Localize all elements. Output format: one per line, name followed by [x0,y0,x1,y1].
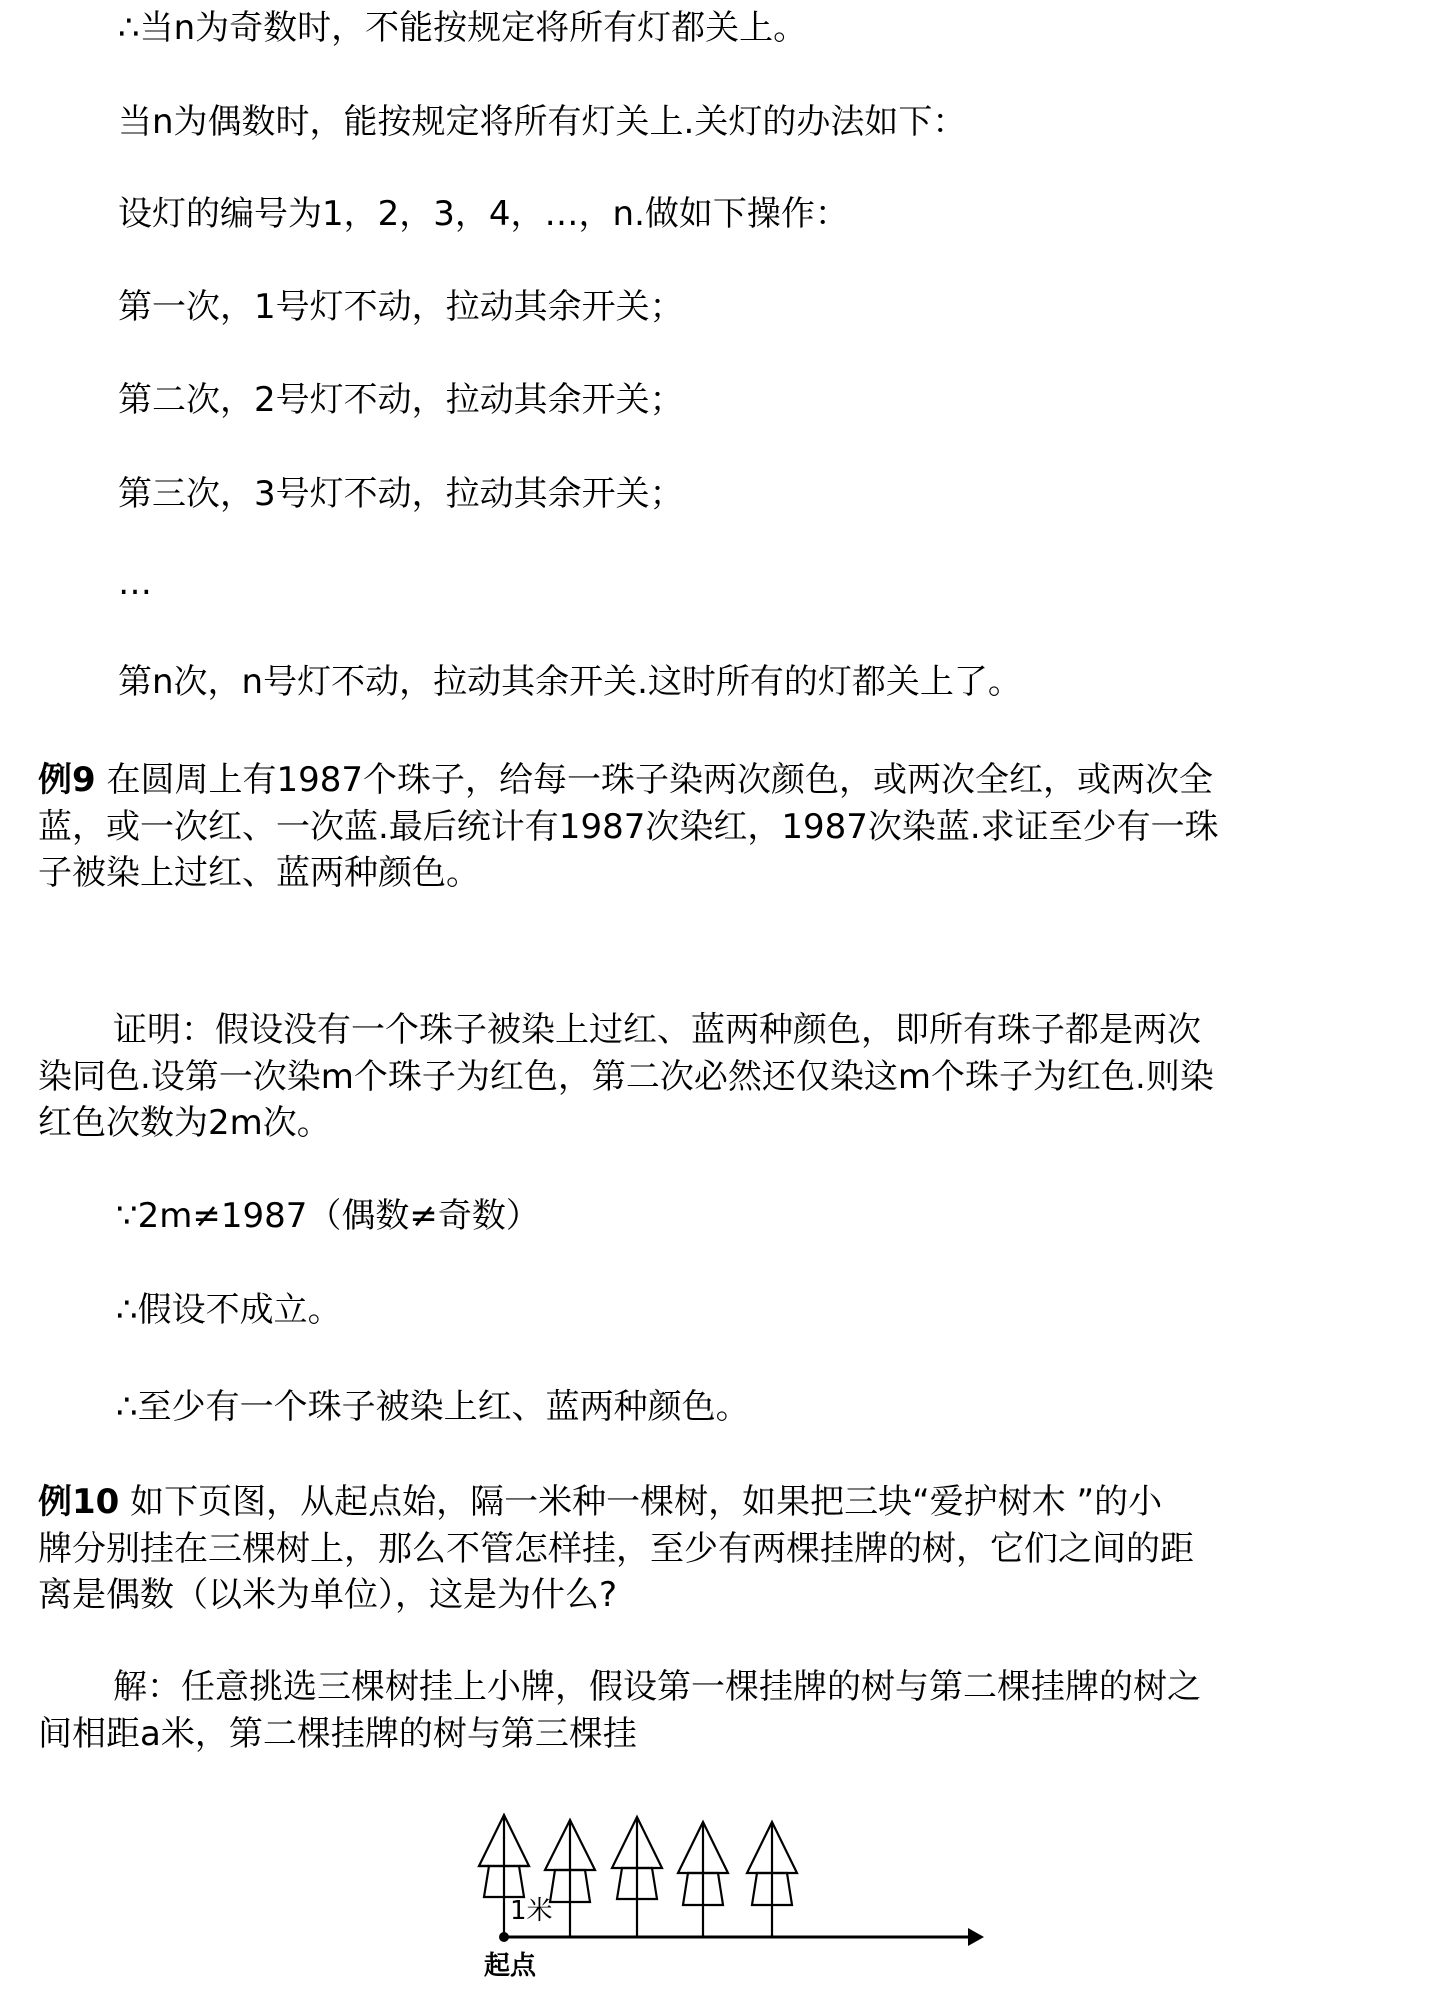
tree-icon [747,1822,797,1937]
tree-icon [612,1817,662,1937]
spacing-label: 1米 [510,1896,553,1926]
origin-dot [499,1932,509,1942]
origin-label: 起点 [484,1951,536,1981]
tree-icon [678,1822,728,1937]
tree-diagram [0,0,1438,1990]
arrow-head-icon [968,1928,984,1946]
